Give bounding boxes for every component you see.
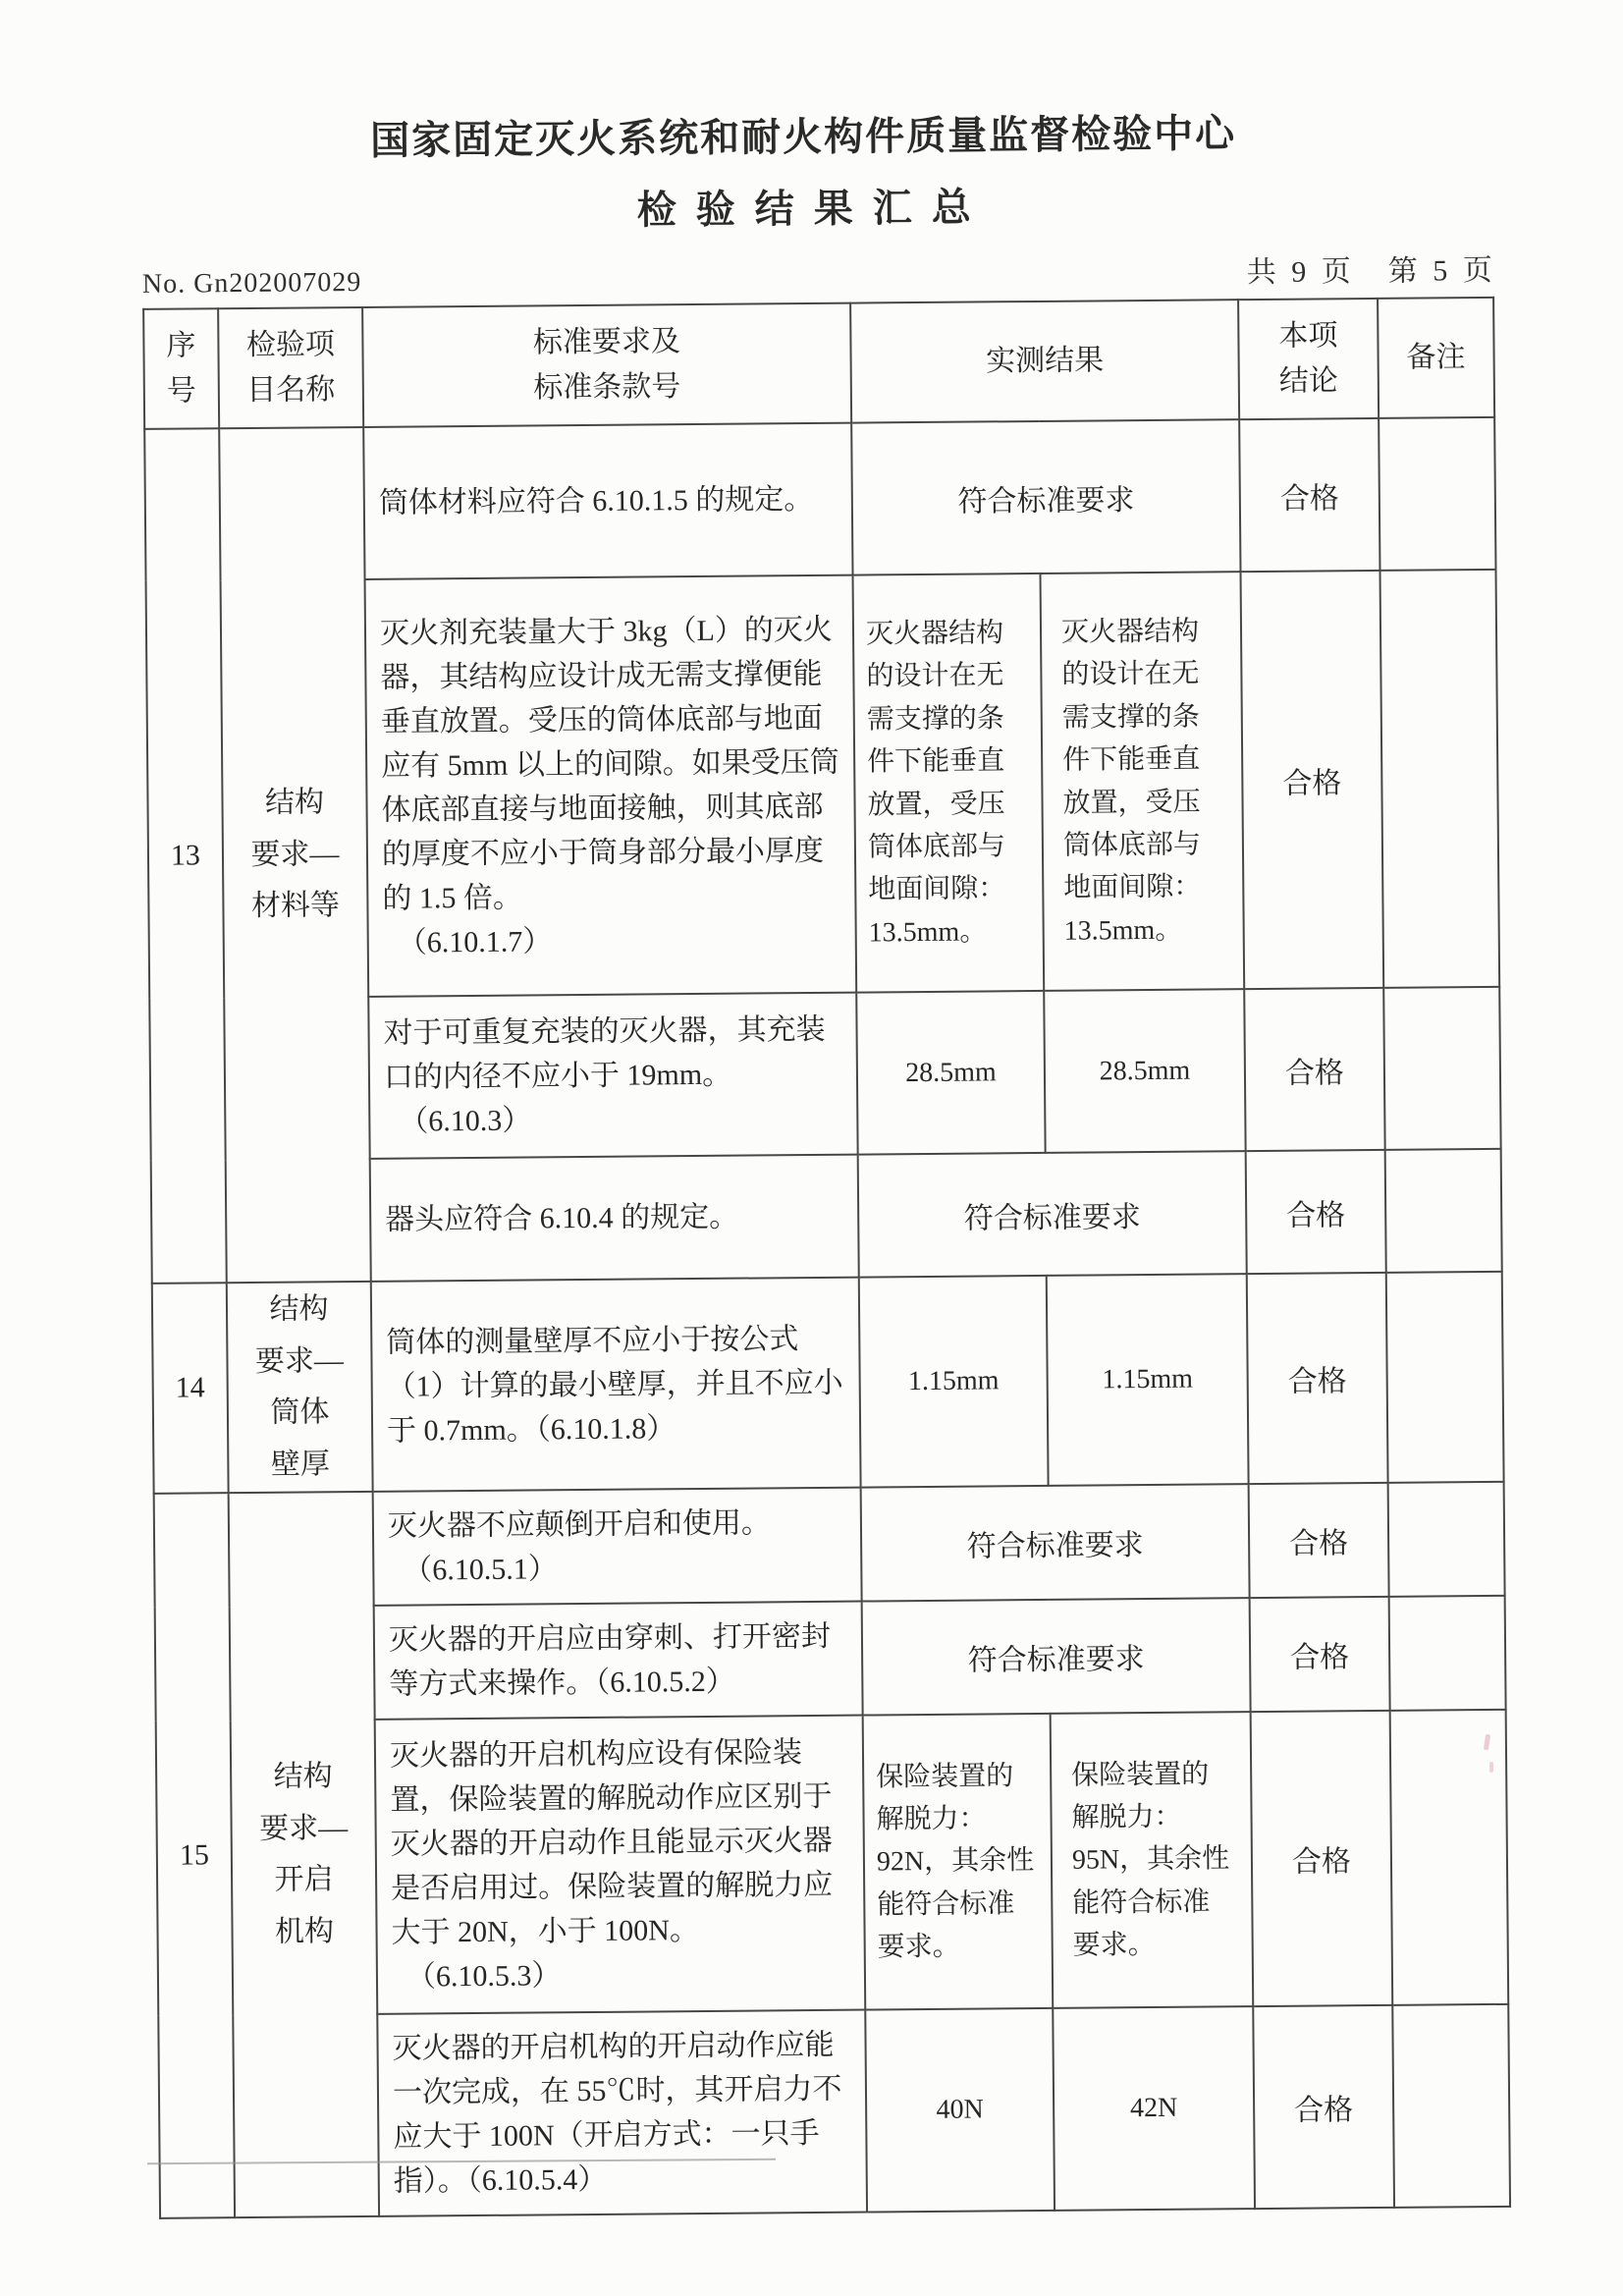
header-conclusion: 本项 结论 xyxy=(1238,299,1379,419)
table-row: 14 结构 要求— 筒体 壁厚 筒体的测量壁厚不应小于按公式（1）计算的最小壁厚… xyxy=(152,1272,1504,1494)
header-standard-requirement: 标准要求及 标准条款号 xyxy=(362,303,851,427)
row-number-cell: 13 xyxy=(144,428,227,1284)
conclusion-cell: 合格 xyxy=(1244,988,1384,1151)
inspection-results-table: 序 号 检验项 目名称 标准要求及 标准条款号 实测结果 本项 结论 备注 13… xyxy=(142,297,1511,2219)
conclusion-cell: 合格 xyxy=(1253,2005,1394,2209)
table-row: 13 结构 要求— 材料等 筒体材料应符合 6.10.1.5 的规定。 符合标准… xyxy=(144,417,1495,581)
table-header-row: 序 号 检验项 目名称 标准要求及 标准条款号 实测结果 本项 结论 备注 xyxy=(143,298,1494,429)
standard-cell: 筒体的测量壁厚不应小于按公式（1）计算的最小壁厚，并且不应小于 0.7mm。（6… xyxy=(371,1278,861,1492)
header-remark: 备注 xyxy=(1378,298,1494,418)
conclusion-cell: 合格 xyxy=(1247,1273,1388,1484)
standard-cell: 灭火剂充装量大于 3kg（L）的灭火器，其结构应设计成无需支撑便能垂直放置。受压… xyxy=(365,575,857,997)
scanned-report-page: 国家固定灭火系统和耐火构件质量监督检验中心 检验结果汇总 No. Gn20200… xyxy=(0,0,1623,2296)
conclusion-cell: 合格 xyxy=(1246,1150,1386,1274)
standard-cell: 灭火器的开启机构应设有保险装置，保险装置的解脱动作应区别于灭火器的开启动作且能显… xyxy=(375,1716,866,2014)
result-cell: 符合标准要求 xyxy=(858,1151,1247,1277)
standard-cell: 灭火器的开启应由穿刺、打开密封等方式来操作。（6.10.5.2） xyxy=(374,1602,863,1720)
row-number-cell: 14 xyxy=(152,1283,229,1494)
item-name-cell: 结构 要求— 筒体 壁厚 xyxy=(227,1282,373,1493)
report-number: No. Gn202007029 xyxy=(142,267,362,301)
conclusion-cell: 合格 xyxy=(1250,1597,1390,1712)
row-number-cell: 15 xyxy=(154,1493,235,2218)
result-cell-sample1: 保险装置的解脱力：92N，其余性能符合标准要求。 xyxy=(863,1714,1054,2010)
standard-cell: 灭火器不应颠倒开启和使用。 （6.10.5.1） xyxy=(373,1488,862,1606)
result-cell: 符合标准要求 xyxy=(861,1484,1250,1601)
remark-cell xyxy=(1392,2004,1510,2208)
result-cell-sample2: 42N xyxy=(1053,2006,1255,2211)
scan-artifact-mark xyxy=(1489,1762,1493,1773)
table-row: 15 结构 要求— 开启 机构 灭火器不应颠倒开启和使用。 （6.10.5.1）… xyxy=(154,1482,1505,1608)
standard-cell: 对于可重复充装的灭火器，其充装口的内径不应小于 19mm。 （6.10.3） xyxy=(368,993,857,1159)
remark-cell xyxy=(1383,987,1500,1150)
header-item-name: 检验项 目名称 xyxy=(218,307,363,428)
result-cell-sample1: 28.5mm xyxy=(856,991,1045,1155)
item-name-cell: 结构 要求— 材料等 xyxy=(219,427,371,1283)
standard-cell: 灭火器的开启机构的开启动作应能一次完成，在 55℃时，其开启力不应大于 100N… xyxy=(377,2010,867,2216)
result-cell: 符合标准要求 xyxy=(862,1598,1251,1715)
standard-cell: 器头应符合 6.10.4 的规定。 xyxy=(370,1155,859,1282)
result-cell-sample2: 1.15mm xyxy=(1047,1274,1249,1486)
standard-cell: 筒体材料应符合 6.10.1.5 的规定。 xyxy=(363,423,852,579)
result-cell-sample1: 40N xyxy=(865,2008,1055,2213)
remark-cell xyxy=(1379,417,1495,571)
header-seq-no: 序 号 xyxy=(143,308,219,429)
result-cell-sample2: 灭火器结构的设计在无需支撑的条件下能垂直放置，受压筒体底部与地面间隙：13.5m… xyxy=(1041,572,1245,991)
result-cell-sample1: 灭火器结构的设计在无需支撑的条件下能垂直放置，受压筒体底部与地面间隙：13.5m… xyxy=(853,574,1045,993)
page-indicator: 共 9 页 第 5 页 xyxy=(1247,246,1496,291)
conclusion-cell: 合格 xyxy=(1249,1483,1389,1598)
conclusion-cell: 合格 xyxy=(1251,1711,1393,2006)
conclusion-cell: 合格 xyxy=(1239,418,1380,572)
header-measured-result: 实测结果 xyxy=(850,300,1239,422)
remark-cell xyxy=(1389,1596,1506,1711)
document-subtitle: 检验结果汇总 xyxy=(0,171,1615,241)
scan-artifact-speck xyxy=(1066,638,1072,642)
result-cell-sample2: 28.5mm xyxy=(1044,989,1245,1153)
remark-cell xyxy=(1385,1149,1502,1273)
document-sheet: 国家固定灭火系统和耐火构件质量监督检验中心 检验结果汇总 No. Gn20200… xyxy=(0,0,1623,2220)
result-cell: 符合标准要求 xyxy=(851,419,1240,574)
result-cell-sample1: 1.15mm xyxy=(859,1276,1049,1488)
document-title: 国家固定灭火系统和耐火构件质量监督检验中心 xyxy=(0,99,1615,169)
remark-cell xyxy=(1390,1710,1509,2005)
conclusion-cell: 合格 xyxy=(1240,571,1383,989)
result-cell-sample2: 保险装置的解脱力：95N，其余性能符合标准要求。 xyxy=(1051,1712,1254,2008)
remark-cell xyxy=(1380,570,1499,988)
item-name-cell: 结构 要求— 开启 机构 xyxy=(229,1492,379,2217)
remark-cell xyxy=(1386,1272,1504,1483)
meta-row: No. Gn202007029 共 9 页 第 5 页 xyxy=(0,245,1616,301)
remark-cell xyxy=(1388,1482,1505,1597)
